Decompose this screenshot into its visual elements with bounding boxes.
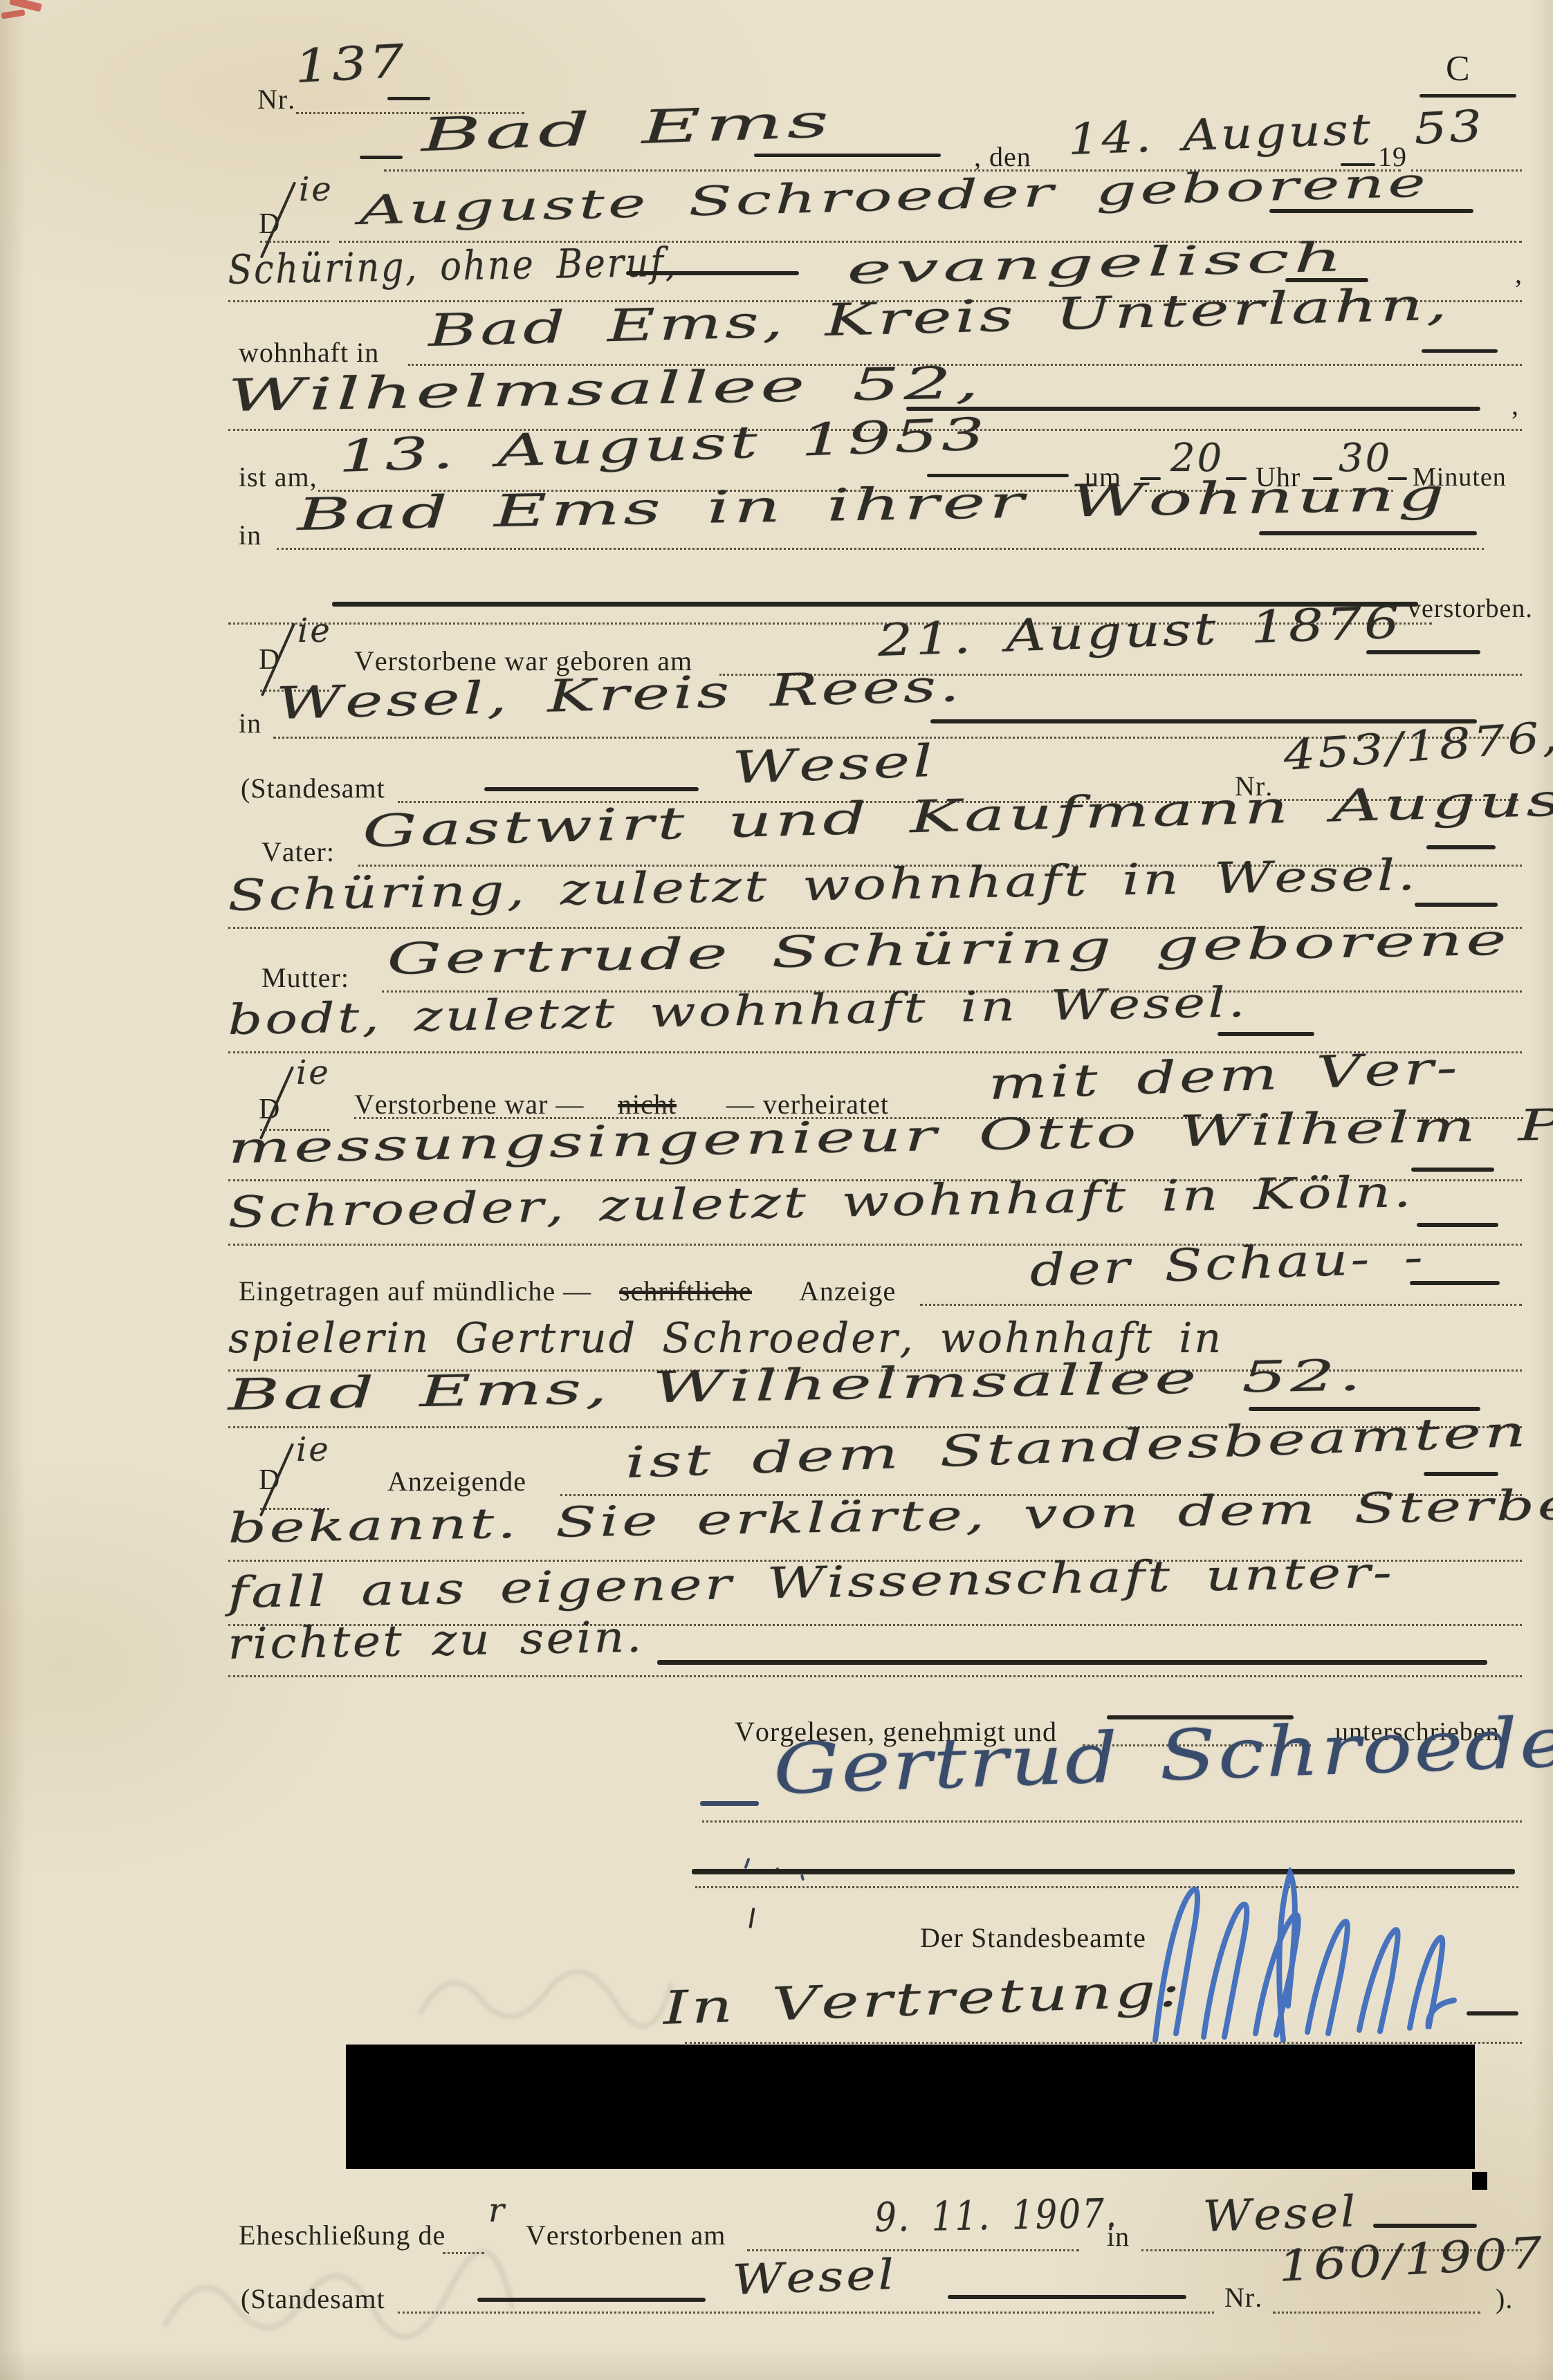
marital-line3: Schroeder, zuletzt wohnhaft in Köln.	[228, 1166, 1415, 1237]
mother-line2: bodt, zuletzt wohnhaft in Wesel.	[228, 978, 1249, 1044]
dotted-rule	[920, 1304, 1522, 1306]
vater-label: Vater:	[261, 836, 335, 868]
ie-suffix: ie	[296, 1430, 331, 1469]
ink-fill-line	[1422, 349, 1498, 353]
standesamt-label: (Standesamt	[241, 772, 385, 804]
verstorben-label: verstorben.	[1408, 593, 1533, 624]
ink-fill-line	[1424, 1472, 1498, 1476]
verstorbenen-am-label: Verstorbenen am	[526, 2219, 726, 2251]
nr-value: 137	[293, 35, 408, 93]
schriftliche-struck: schriftliche	[619, 1275, 752, 1307]
ink-fill-line	[484, 787, 699, 791]
corner-letter: C	[1446, 48, 1471, 89]
mutter-label: Mutter:	[261, 961, 349, 994]
ink-fill-line	[1411, 1168, 1494, 1172]
r-suffix: r	[488, 2191, 506, 2230]
dotted-rule	[747, 2249, 1079, 2251]
marriage-place: Wesel	[1202, 2186, 1359, 2242]
mother-line1: Gertrude Schüring geborene Groß-	[387, 910, 1553, 984]
declaration-line3: fall aus eigener Wissenschaft unter-	[228, 1547, 1395, 1618]
ie-suffix: ie	[296, 1053, 331, 1092]
ink-fill-line	[906, 407, 1480, 411]
printed-comma: ,	[1515, 257, 1523, 290]
marriage-date: 9. 11. 1907.	[874, 2190, 1119, 2241]
notice-line1: der Schau- -	[1029, 1232, 1426, 1297]
declaration-line1: ist dem Standesbeamten	[624, 1405, 1529, 1488]
ink-dot	[744, 1858, 750, 1869]
dotted-rule	[443, 2252, 484, 2254]
ie-suffix: ie	[299, 170, 333, 209]
ink-fill-line	[360, 156, 403, 159]
death-date: 13. August 1953	[337, 409, 989, 483]
in-vertretung: In Vertretung:	[662, 1964, 1184, 2035]
eheschliessung-label: Eheschließung de	[239, 2219, 445, 2251]
ink-fill-line	[1417, 1223, 1498, 1227]
standesamt-label: (Standesamt	[241, 2282, 385, 2315]
death-certificate-page: Nr. 137 C 53 Bad Ems , den 14. August 19…	[0, 0, 1553, 2380]
dotted-rule	[277, 548, 1484, 550]
printed-comma: ,	[1511, 389, 1519, 421]
official-signature-scribble	[1128, 1867, 1487, 2047]
ink-fill-line	[1410, 1281, 1500, 1285]
red-crayon-mark	[1, 9, 26, 19]
war-label: Verstorbene war —	[354, 1088, 584, 1120]
standesamt-value: Wesel	[731, 736, 936, 794]
ink-dot	[800, 1874, 805, 1881]
year-value: 53	[1413, 100, 1486, 154]
ink-fill-line	[930, 719, 1477, 723]
ink-fill-line	[657, 1660, 1487, 1665]
ink-fill-line	[1366, 650, 1480, 654]
ink-fill-line	[1467, 2011, 1518, 2015]
anzeige-label: Anzeige	[799, 1275, 896, 1307]
redaction-mark	[1472, 2172, 1487, 2190]
ie-suffix: ie	[297, 611, 332, 650]
birth-date: 21. August 1876	[876, 598, 1402, 667]
eingetragen-label: Eingetragen auf mündliche —	[239, 1275, 591, 1307]
ink-fill-line	[477, 2298, 706, 2302]
close-paren: ).	[1496, 2282, 1513, 2315]
ist-am-label: ist am,	[239, 461, 318, 493]
ink-fill-line	[626, 271, 799, 275]
ink-fill-line	[948, 2295, 1186, 2299]
ink-fill-line	[1259, 531, 1477, 535]
dotted-rule	[685, 2042, 1522, 2044]
ink-fill-line	[1426, 845, 1496, 849]
date-written: 14. August	[1067, 104, 1373, 165]
ink-fill-line	[387, 97, 430, 100]
redaction-box	[346, 2045, 1475, 2169]
ink-fill-line	[1373, 2224, 1477, 2228]
declaration-line4: richtet zu sein.	[228, 1612, 644, 1669]
ink-fill-line	[1269, 209, 1473, 213]
standesamt-value: Wesel	[732, 2251, 898, 2305]
dotted-rule	[398, 2312, 1214, 2314]
father-line2: Schüring, zuletzt wohnhaft in Wesel.	[228, 849, 1419, 921]
in-label: in	[1107, 2220, 1130, 2253]
ink-fill-line	[1217, 1032, 1314, 1036]
place-written: Bad Ems	[420, 94, 834, 162]
in-label: in	[239, 707, 261, 739]
dotted-rule	[702, 1820, 1522, 1823]
den-label: , den	[974, 140, 1031, 173]
dotted-rule	[260, 241, 329, 243]
corner-underline	[1419, 94, 1516, 98]
dotted-rule	[228, 1675, 1522, 1677]
death-place: Bad Ems in ihrer Wohnung	[297, 470, 1449, 541]
dotted-rule	[1273, 2312, 1480, 2314]
wohnhaft-in-label: wohnhaft in	[239, 336, 379, 369]
ink-bleedthrough	[415, 1944, 678, 2047]
ink-fill-line	[700, 1801, 759, 1806]
deceased-name2: Schüring, ohne Beruf,	[228, 239, 679, 293]
nr-label: Nr.	[1224, 2281, 1262, 2314]
nr-label: Nr.	[257, 83, 295, 116]
anzeigende-label: Anzeigende	[387, 1465, 526, 1497]
ink-fill-line	[754, 154, 941, 157]
in-label: in	[239, 519, 261, 551]
standesbeamte-label: Der Standesbeamte	[920, 1921, 1146, 1954]
pen-tick	[748, 1908, 755, 1928]
ink-fill-line	[1415, 903, 1498, 907]
